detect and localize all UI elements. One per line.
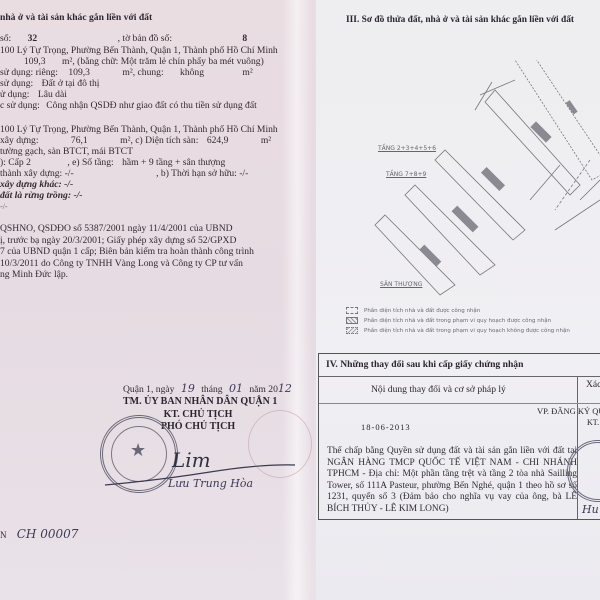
built-area-label: xây dựng: bbox=[0, 135, 39, 146]
sign-year: 12 bbox=[278, 382, 292, 395]
term: Lâu dài bbox=[38, 89, 67, 100]
col1-header: Nội dung thay đổi và cơ sở pháp lý bbox=[371, 384, 506, 395]
sign-month: 01 bbox=[229, 382, 243, 395]
legend-label: Phần diện tích nhà và đất trong phạm vi … bbox=[364, 318, 551, 324]
use-private: 109,3 bbox=[68, 67, 90, 78]
month-label: tháng bbox=[201, 384, 222, 395]
use-common: không bbox=[180, 67, 204, 78]
purpose: Đất ở tại đô thị bbox=[42, 78, 100, 89]
cert-prefix: N bbox=[0, 530, 7, 540]
cert-number: CH 00007 bbox=[17, 527, 79, 541]
parcel-area-text: m², (bằng chữ: Một trăm lẻ chín phẩy ba … bbox=[62, 56, 264, 67]
origin: Công nhận QSDĐ như giao đất có thu tiền … bbox=[46, 100, 257, 111]
grade: ): Cấp 2 bbox=[0, 157, 31, 168]
sign-date: Quận 1, ngày 19 tháng 01 năm 2012 bbox=[123, 383, 292, 396]
use-common-label: m², chung: bbox=[122, 67, 163, 78]
registration-office-sub: KT. GIÁM ĐỐC bbox=[587, 418, 600, 427]
left-section-heading: nhà ở và tài sản khác gắn liền với đất bbox=[0, 12, 152, 23]
header-rule bbox=[319, 403, 600, 404]
year-label: năm 20 bbox=[249, 384, 278, 395]
floor-plan-diagram bbox=[330, 60, 600, 300]
legend-item: Phần diện tích nhà và đất được công nhận bbox=[346, 307, 480, 314]
floor-area-unit: m² bbox=[261, 135, 271, 146]
use-form-label: sử dụng: riêng: bbox=[0, 67, 58, 78]
legal-basis-line: ng Minh Đức lập. bbox=[0, 269, 68, 281]
sign-day: 19 bbox=[181, 382, 195, 395]
entry-text: Thế chấp bằng Quyền sử dụng đất và tài s… bbox=[327, 446, 577, 515]
parcel-no: 32 bbox=[28, 33, 38, 44]
floor-area-label: m², c) Diện tích sàn: bbox=[120, 135, 198, 146]
entry-date: 18-06-2013 bbox=[361, 422, 411, 432]
legal-basis-line: ị, trước bạ ngày 20/3/2001; Giấy phép xâ… bbox=[0, 235, 236, 247]
legend-label: Phần diện tích nhà và đất được công nhận bbox=[364, 308, 480, 314]
cert-number-row: N CH 00007 bbox=[0, 528, 78, 541]
completed: thành xây dựng: -/- bbox=[0, 168, 74, 179]
legal-basis-line: 7 của UBND quận 1 cấp; Biên bản kiểm tra… bbox=[0, 246, 254, 258]
floors-label: , e) Số tầng: bbox=[67, 157, 113, 168]
legend-swatch-icon bbox=[346, 317, 358, 324]
origin-row: c sử dụng: Công nhận QSDĐ như giao đất c… bbox=[0, 100, 257, 112]
origin-label: c sử dụng: bbox=[0, 100, 40, 111]
forest: đất là rừng trồng: -/- bbox=[0, 190, 83, 202]
misc-note: -/- bbox=[0, 201, 8, 213]
changes-table-title-row: IV. Những thay đổi sau khi cấp giấy chứn… bbox=[319, 354, 600, 377]
built-area: 76,1 bbox=[71, 135, 88, 146]
legend-swatch-icon bbox=[346, 327, 358, 334]
signer-name: Lưu Trung Hòa bbox=[168, 477, 253, 490]
registration-office: VP. ĐĂNG KÝ QUYỀN SỬ DỤNG ĐẤT bbox=[537, 406, 600, 416]
diagram-label-floors-7-9: TẦNG 7+8+9 bbox=[386, 169, 426, 181]
legend-swatch-icon bbox=[346, 307, 358, 314]
floor-area: 624,9 bbox=[207, 135, 229, 146]
use-common-unit: m² bbox=[242, 67, 252, 78]
col-header-confirmation: Xác nhận của cơ quan bbox=[578, 377, 600, 404]
col-header-content: Nội dung thay đổi và cơ sở pháp lý bbox=[319, 377, 577, 404]
col2-header: Xác nhận của cơ quan bbox=[586, 379, 600, 390]
legal-basis-line: QSHNO, QSDĐO số 5387/2001 ngày 11/4/2001… bbox=[0, 223, 233, 235]
legend-item: Phần diện tích nhà và đất trong phạm vi … bbox=[346, 327, 570, 334]
signing-org: TM. ỦY BAN NHÂN DÂN QUẬN 1 bbox=[123, 396, 273, 407]
date-prefix: Quận 1, ngày bbox=[123, 384, 174, 395]
diagram-label-floors-2-6: TẦNG 2+3+4+5+6 bbox=[378, 143, 436, 155]
registration-signature: Hu bbox=[582, 503, 599, 516]
parcel-no-label: số: bbox=[0, 33, 11, 44]
floors: hầm + 9 tầng + sân thượng bbox=[122, 157, 225, 168]
legend-label: Phần diện tích nhà và đất trong phạm vi … bbox=[364, 328, 570, 334]
changes-table: IV. Những thay đổi sau khi cấp giấy chứn… bbox=[318, 353, 600, 520]
diagram-label-rooftop: SÂN THƯỢNG bbox=[380, 279, 422, 291]
map-sheet-label: , tờ bản đồ số: bbox=[118, 33, 172, 44]
legal-basis-line: 10/3/2011 do Công ty TNHH Vàng Long và C… bbox=[0, 258, 243, 270]
parcel-number-row: số: 32 , tờ bản đồ số: 8 bbox=[0, 33, 247, 45]
page-fold bbox=[282, 0, 312, 600]
section4-heading: IV. Những thay đổi sau khi cấp giấy chứn… bbox=[326, 359, 523, 370]
legend-item: Phần diện tích nhà và đất trong phạm vi … bbox=[346, 317, 551, 324]
purpose-label: sử dụng: bbox=[0, 78, 33, 89]
term-label: ử dụng: bbox=[0, 89, 29, 100]
parcel-area: 109,3 bbox=[24, 56, 46, 67]
section3-heading: III. Sơ đồ thửa đất, nhà ở và tài sản kh… bbox=[346, 15, 574, 25]
ownership-term: , b) Thời hạn sở hữu: -/- bbox=[156, 168, 248, 179]
map-sheet-no: 8 bbox=[242, 33, 247, 44]
